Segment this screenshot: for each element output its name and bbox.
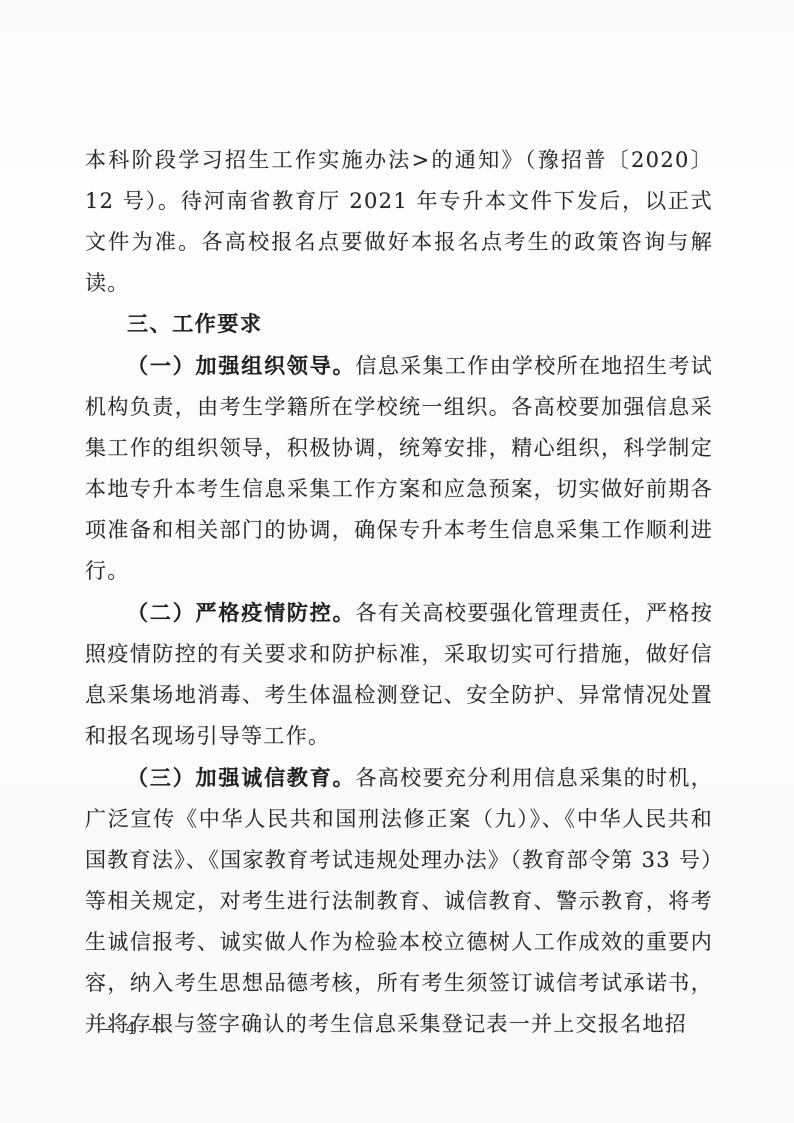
document-page: 本科阶段学习招生工作实施办法>的通知》（豫招普〔2020〕12 号）。待河南省教… bbox=[0, 0, 794, 1123]
item-paragraph-3: （三）加强诚信教育。各高校要充分利用信息采集的时机，广泛宣传《中华人民共和国刑法… bbox=[85, 757, 713, 1045]
item-3-lead: （三）加强诚信教育。 bbox=[127, 765, 355, 790]
intro-paragraph-text: 本科阶段学习招生工作实施办法>的通知》（豫招普〔2020〕12 号）。待河南省教… bbox=[85, 148, 713, 295]
item-paragraph-1: （一）加强组织领导。信息采集工作由学校所在地招生考试机构负责，由考生学籍所在学校… bbox=[85, 345, 713, 592]
page-number: — 4 — bbox=[97, 1019, 168, 1039]
item-3-text: 各高校要充分利用信息采集的时机，广泛宣传《中华人民共和国刑法修正案（九）》、《中… bbox=[85, 766, 713, 1036]
section-heading: 三、工作要求 bbox=[85, 304, 713, 345]
item-paragraph-2: （二）严格疫情防控。各有关高校要强化管理责任，严格按照疫情防控的有关要求和防护标… bbox=[85, 592, 713, 757]
item-1-text: 信息采集工作由学校所在地招生考试机构负责，由考生学籍所在学校统一组织。各高校要加… bbox=[85, 354, 713, 583]
item-2-lead: （二）严格疫情防控。 bbox=[127, 600, 355, 625]
intro-paragraph: 本科阶段学习招生工作实施办法>的通知》（豫招普〔2020〕12 号）。待河南省教… bbox=[85, 140, 713, 304]
item-1-lead: （一）加强组织领导。 bbox=[127, 353, 355, 378]
document-body: 本科阶段学习招生工作实施办法>的通知》（豫招普〔2020〕12 号）。待河南省教… bbox=[85, 140, 713, 1045]
